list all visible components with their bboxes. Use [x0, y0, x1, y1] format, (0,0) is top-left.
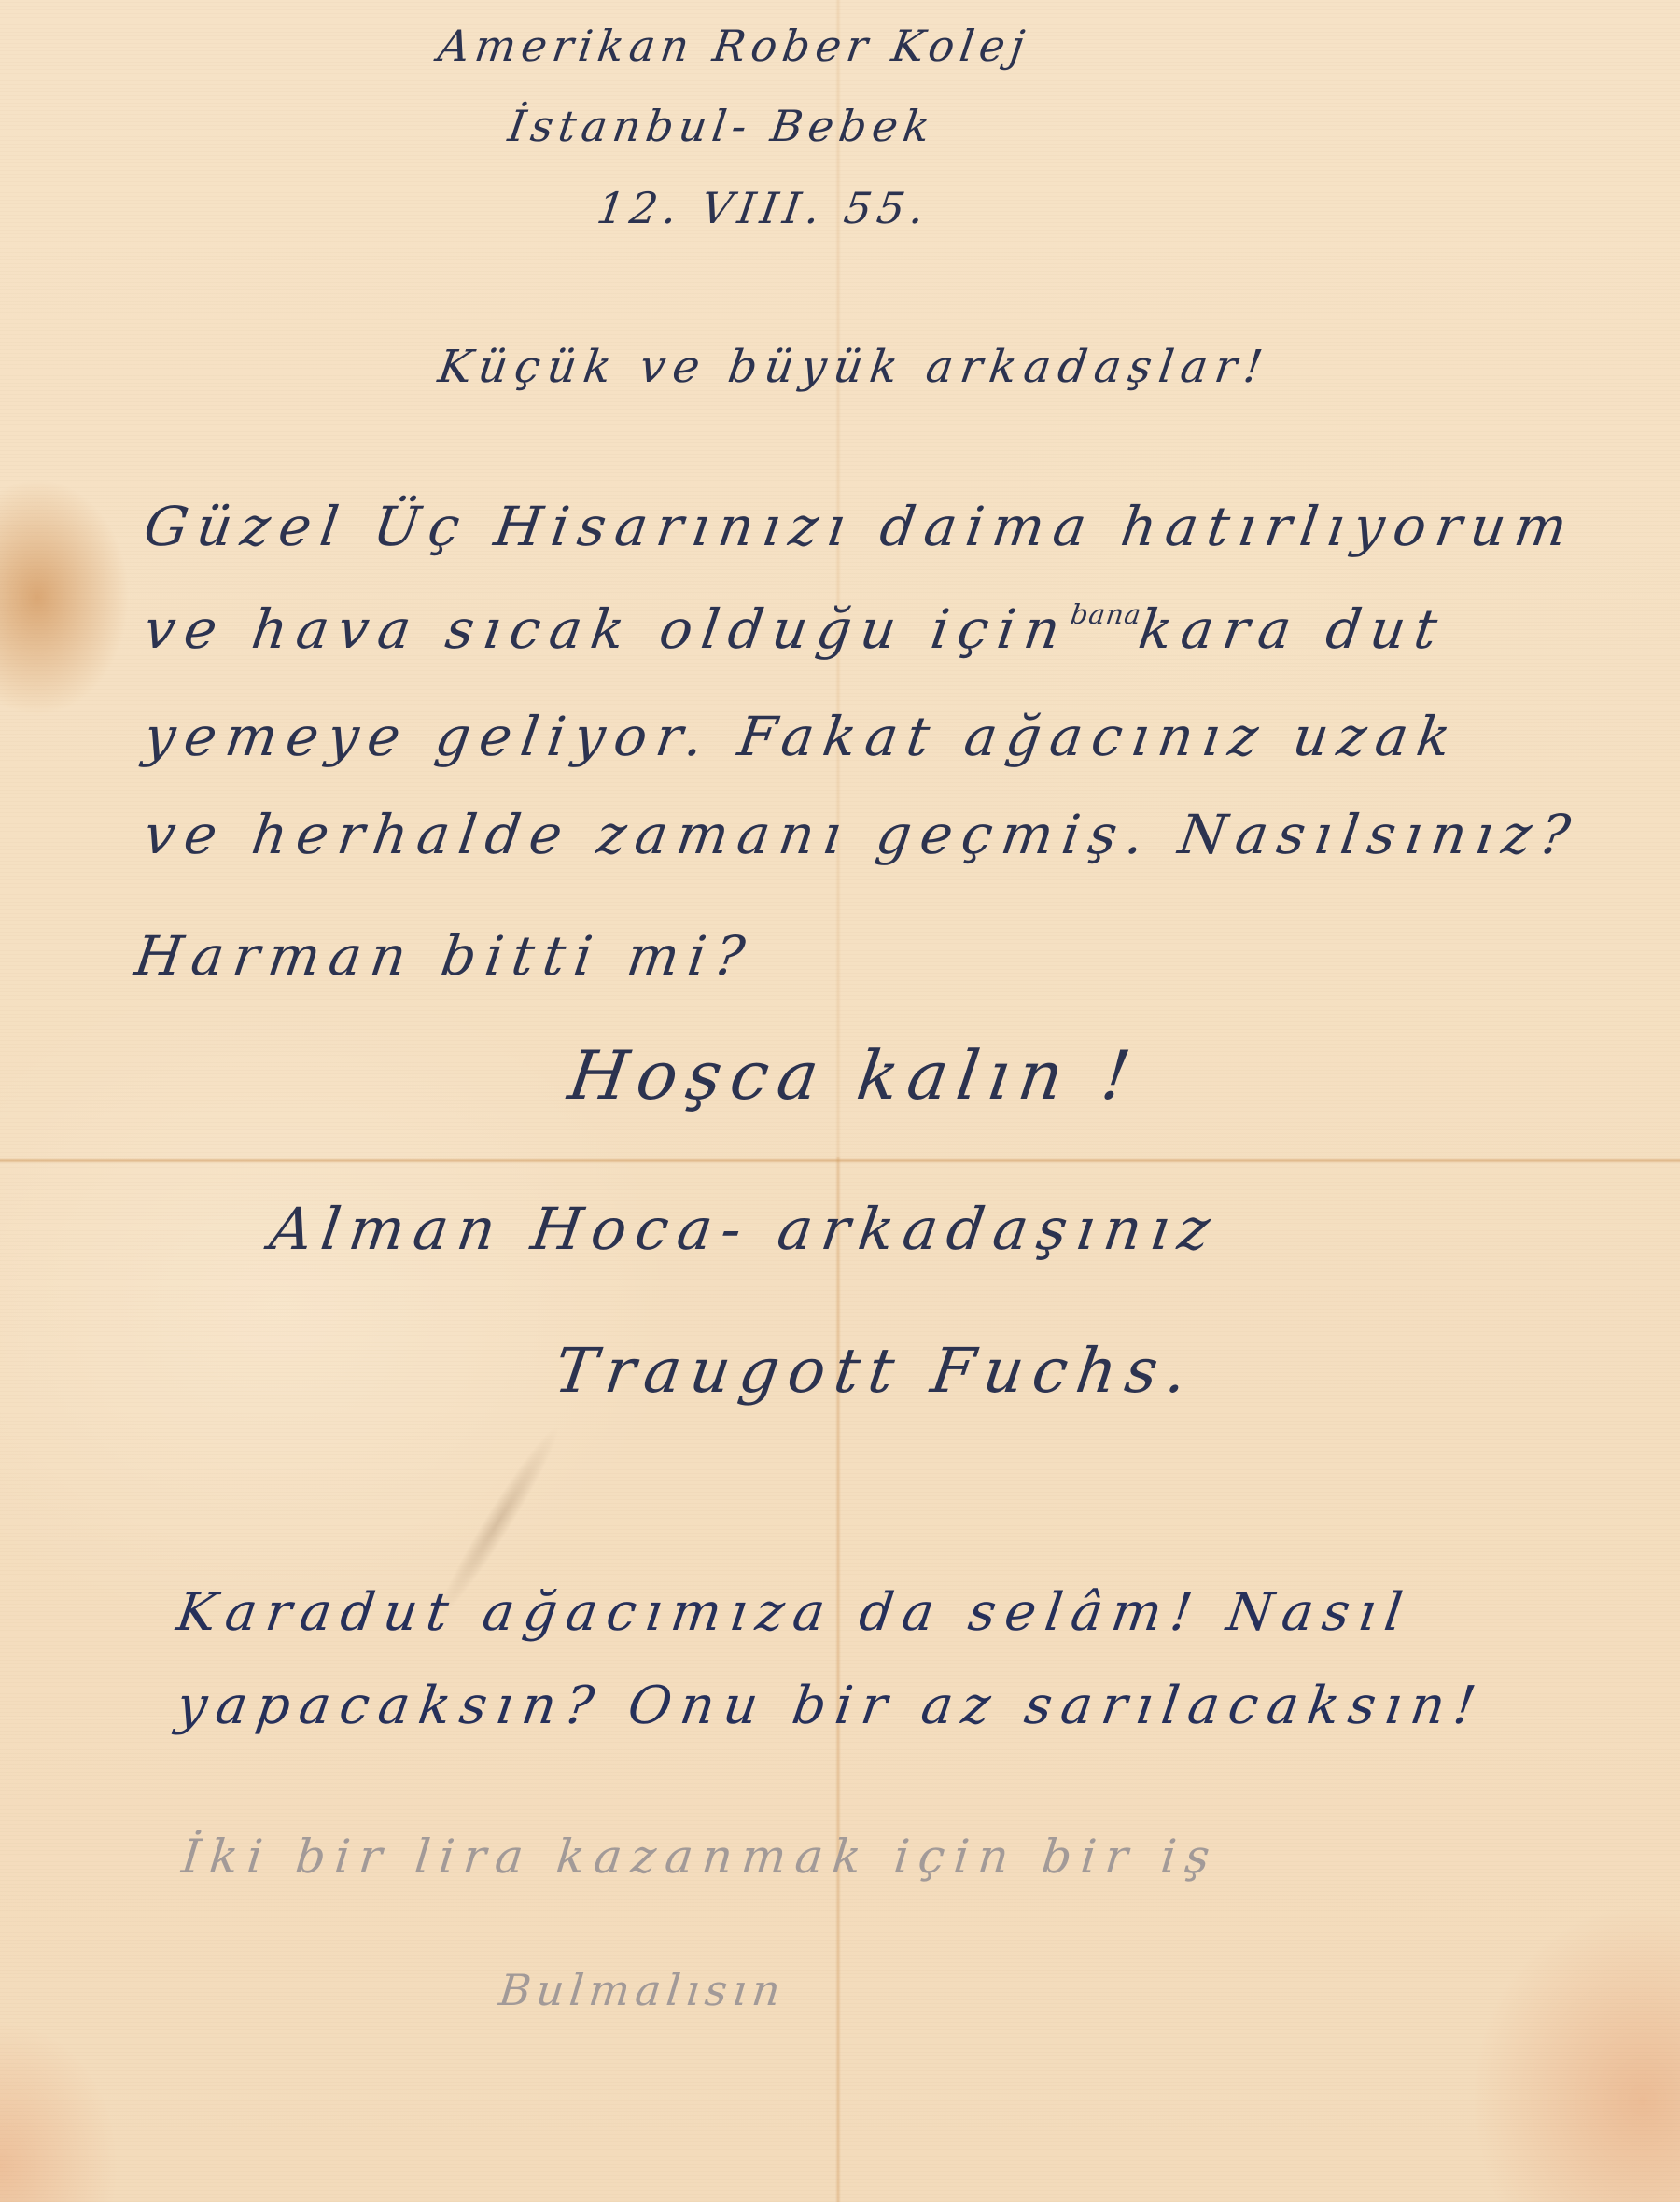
signature-line-1: Alman Hoca- arkadaşınız	[266, 1195, 1224, 1263]
signature-name: Traugott Fuchs.	[551, 1335, 1201, 1407]
body-line-2-suffix: kara dut	[1135, 597, 1450, 661]
horizontal-fold-line	[0, 1158, 1680, 1163]
address-line-2: İstanbul- Bebek	[505, 101, 938, 151]
body-line-2: ve hava sıcak olduğu içinbanakara dut	[140, 597, 1450, 661]
postscript-line-2: yapacaksın? Onu bir az sarılacaksın!	[173, 1676, 1488, 1736]
body-line-1: Güzel Üç Hisarınızı daima hatırlıyorum	[140, 495, 1580, 558]
closing: Hoşca kalın !	[564, 1036, 1144, 1115]
pencil-note-line-1: İki bir lira kazanmak için bir iş	[179, 1830, 1222, 1884]
letter-paper: Amerikan Rober Kolej İstanbul- Bebek 12.…	[0, 0, 1680, 2202]
body-line-2-insert: bana	[1069, 598, 1144, 630]
body-line-2-prefix: ve hava sıcak olduğu için	[140, 597, 1073, 661]
letter-date: 12. VIII. 55.	[594, 183, 933, 233]
vertical-fold-line-upper	[835, 0, 841, 1157]
body-line-3: yemeye geliyor. Fakat ağacınız uzak	[140, 705, 1463, 768]
salutation: Küçük ve büyük arkadaşlar!	[435, 341, 1273, 393]
body-line-4: ve herhalde zamanı geçmiş. Nasılsınız?	[140, 803, 1583, 866]
pencil-note-line-2: Bulmalısın	[497, 1965, 788, 2015]
address-line-1: Amerikan Rober Kolej	[435, 21, 1033, 71]
body-line-5: Harman bitti mi?	[131, 924, 758, 988]
postscript-line-1: Karadut ağacımıza da selâm! Nasıl	[173, 1582, 1415, 1643]
